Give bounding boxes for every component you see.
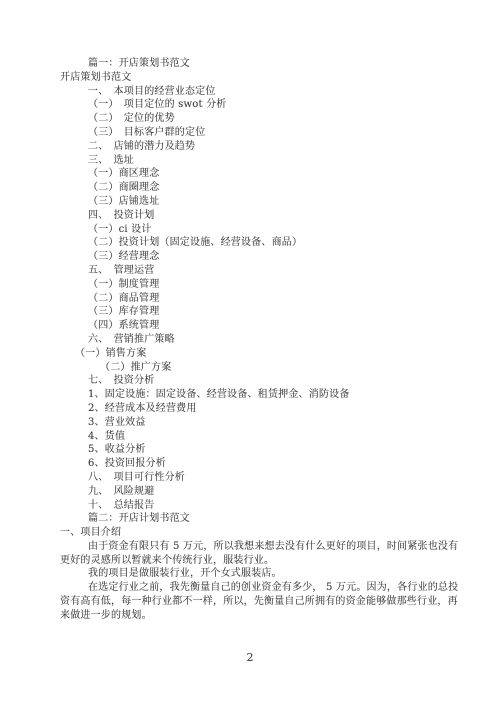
text-line: 5、收益分析 — [60, 443, 444, 457]
text-line: 在选定行业之前，我先衡量自己的创业资金有多少， 5 万元。因为，各行业的总投 — [60, 581, 444, 595]
text-line: （一）商区理念 — [60, 167, 444, 181]
text-line: （三）库存管理 — [60, 305, 444, 319]
text-line: 开店策划书范文 — [60, 71, 444, 85]
text-line: （一）ci 设计 — [60, 223, 444, 237]
text-line: （二）商品管理 — [60, 292, 444, 306]
text-line: 6、投资回报分析 — [60, 457, 444, 471]
text-line: （一） 项目定位的 swot 分析 — [60, 98, 444, 112]
page-number: 2 — [0, 651, 500, 664]
text-line: （三）店铺选址 — [60, 195, 444, 209]
text-line: （一）销售方案 — [60, 347, 444, 361]
document-page: 篇一：开店策划书范文开店策划书范文一、 本项目的经营业态定位（一） 项目定位的 … — [0, 0, 500, 707]
text-line: 我的项目是做服装行业，开个女式服装店。 — [60, 567, 444, 581]
text-line: 一、项目介绍 — [60, 526, 444, 540]
text-line: （四）系统管理 — [60, 319, 444, 333]
document-body: 篇一：开店策划书范文开店策划书范文一、 本项目的经营业态定位（一） 项目定位的 … — [60, 57, 444, 623]
text-line: 八、 项目可行性分析 — [60, 471, 444, 485]
text-line: （二）商圈理念 — [60, 181, 444, 195]
text-line: （二） 定位的优势 — [60, 112, 444, 126]
text-line: 四、 投资计划 — [60, 209, 444, 223]
text-line: （三）经营理念 — [60, 250, 444, 264]
text-line: 一、 本项目的经营业态定位 — [60, 85, 444, 99]
text-line: 来做进一步的规划。 — [60, 609, 444, 623]
text-line: 篇一：开店策划书范文 — [60, 57, 444, 71]
text-line: 3、营业效益 — [60, 416, 444, 430]
text-line: （一）制度管理 — [60, 278, 444, 292]
text-line: 七、 投资分析 — [60, 374, 444, 388]
text-line: 2、经营成本及经营费用 — [60, 402, 444, 416]
text-line: 三、 选址 — [60, 154, 444, 168]
text-line: 4、货值 — [60, 430, 444, 444]
text-line: 由于资金有限只有 5 万元，所以我想来想去没有什么更好的项目，时间紧张也没有 — [60, 540, 444, 554]
text-line: 篇二：开店计划书范文 — [60, 512, 444, 526]
text-line: （二）推广方案 — [60, 361, 444, 375]
text-line: （三） 目标客户群的定位 — [60, 126, 444, 140]
text-line: 九、 风险规避 — [60, 485, 444, 499]
text-line: 十、 总结报告 — [60, 499, 444, 513]
text-line: 1、固定设施：固定设备、经营设备、租赁押金、消防设备 — [60, 388, 444, 402]
text-line: （二）投资计划（固定设施、经营设备、商品） — [60, 236, 444, 250]
text-line: 五、 管理运营 — [60, 264, 444, 278]
text-line: 更好的灵感所以暂就来个传统行业，服装行业。 — [60, 554, 444, 568]
text-line: 资有高有低，每一种行业都不一样，所以，先衡量自己所拥有的资金能够做那些行业，再 — [60, 595, 444, 609]
text-line: 六、 营销推广策略 — [60, 333, 444, 347]
text-line: 二、 店铺的潜力及趋势 — [60, 140, 444, 154]
